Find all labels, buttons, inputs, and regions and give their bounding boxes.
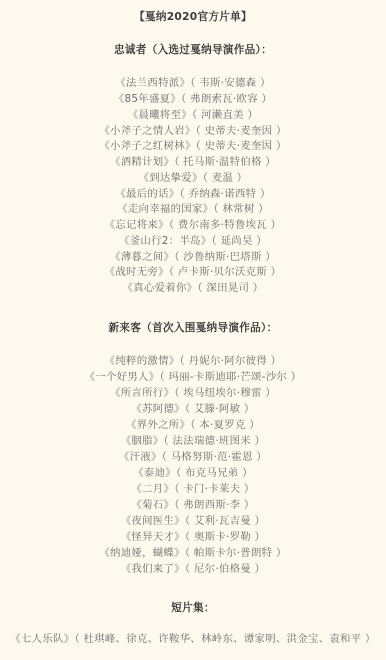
- list-item: 《最后的话》（ 乔纳森·诺西特 ）: [0, 187, 386, 201]
- list-item: 《胭脂》（ 法法瑞德·班图米 ）: [0, 434, 386, 448]
- list-item: 《纯粹的激情》（ 丹妮尔·阿尔彼得 ）: [0, 354, 386, 368]
- list-item: 《夜间医生》（ 艾利·瓦吉曼 ）: [0, 514, 386, 528]
- section-heading-loyalists: 忠诚者（入选过戛纳导演作品）：: [0, 43, 386, 57]
- list-item: 《小斧子之情人岩》（ 史蒂夫·麦奎因 ）: [0, 124, 386, 138]
- list-item: 《纳迪娅，蝴蝶》（ 帕斯卡尔·普朗特 ）: [0, 546, 386, 560]
- film-list-document: 【戛纳2020官方片单】 忠诚者（入选过戛纳导演作品）： 《法兰西特派》（ 韦斯…: [0, 0, 386, 660]
- list-item: 《七人乐队》（ 杜琪峰、徐克、许鞍华、林岭东、谭家明、洪金宝、袁和平 ）: [0, 632, 386, 646]
- section-heading-short-films: 短片集：: [0, 601, 386, 615]
- list-item: 《走向幸福的国家》（ 林常树 ）: [0, 202, 386, 216]
- list-item: 《釜山行2：半岛》（ 延尚昊 ）: [0, 234, 386, 248]
- list-item: 《薄暮之间》（ 沙鲁纳斯·巴塔斯 ）: [0, 250, 386, 264]
- list-item: 《界外之所》（ 本·夏罗克 ）: [0, 418, 386, 432]
- list-item: 《我们来了》（ 尼尔·伯格曼 ）: [0, 562, 386, 576]
- list-item: 《泰迪》（ 布克马兄弟 ）: [0, 466, 386, 480]
- list-item: 《汗液》（ 马格努斯·范·霍恩 ）: [0, 450, 386, 464]
- list-item: 《二月》（ 卡门·卡莱夫 ）: [0, 482, 386, 496]
- list-item: 《真心爱着你》（ 深田晃司 ）: [0, 281, 386, 295]
- list-item: 《战时无旁》（ 卢卡斯·贝尔沃克斯 ）: [0, 265, 386, 279]
- section-heading-newcomers: 新来客（首次入围戛纳导演作品）：: [0, 321, 386, 335]
- list-item: 《怪异天才》（ 奥斯卡·罗勒 ）: [0, 530, 386, 544]
- document-title: 【戛纳2020官方片单】: [0, 10, 386, 24]
- list-item: 《一个好男人》（ 玛丽-卡斯迪耶·芒颂-沙尔 ）: [0, 370, 386, 384]
- list-item: 《法兰西特派》（ 韦斯·安德森 ）: [0, 76, 386, 90]
- list-item: 《酒精计划》（ 托马斯·温特伯格 ）: [0, 155, 386, 169]
- list-item: 《晨曦将至》（ 河濑直美 ）: [0, 108, 386, 122]
- list-item: 《85年盛夏》（ 弗朗索瓦·欧容 ）: [0, 92, 386, 106]
- list-item: 《忘记将来》（ 费尔南多·特鲁埃瓦 ）: [0, 218, 386, 232]
- list-item: 《苏阿德》（ 艾滕·阿敏 ）: [0, 402, 386, 416]
- list-item: 《所言所行》（ 埃马纽埃尔·穆雷 ）: [0, 386, 386, 400]
- list-item: 《到达挚爱》（ 麦温 ）: [0, 171, 386, 185]
- list-item: 《菊石》（ 弗朗西斯·李 ）: [0, 498, 386, 512]
- list-item: 《小斧子之红树林》（ 史蒂夫·麦奎因 ）: [0, 139, 386, 153]
